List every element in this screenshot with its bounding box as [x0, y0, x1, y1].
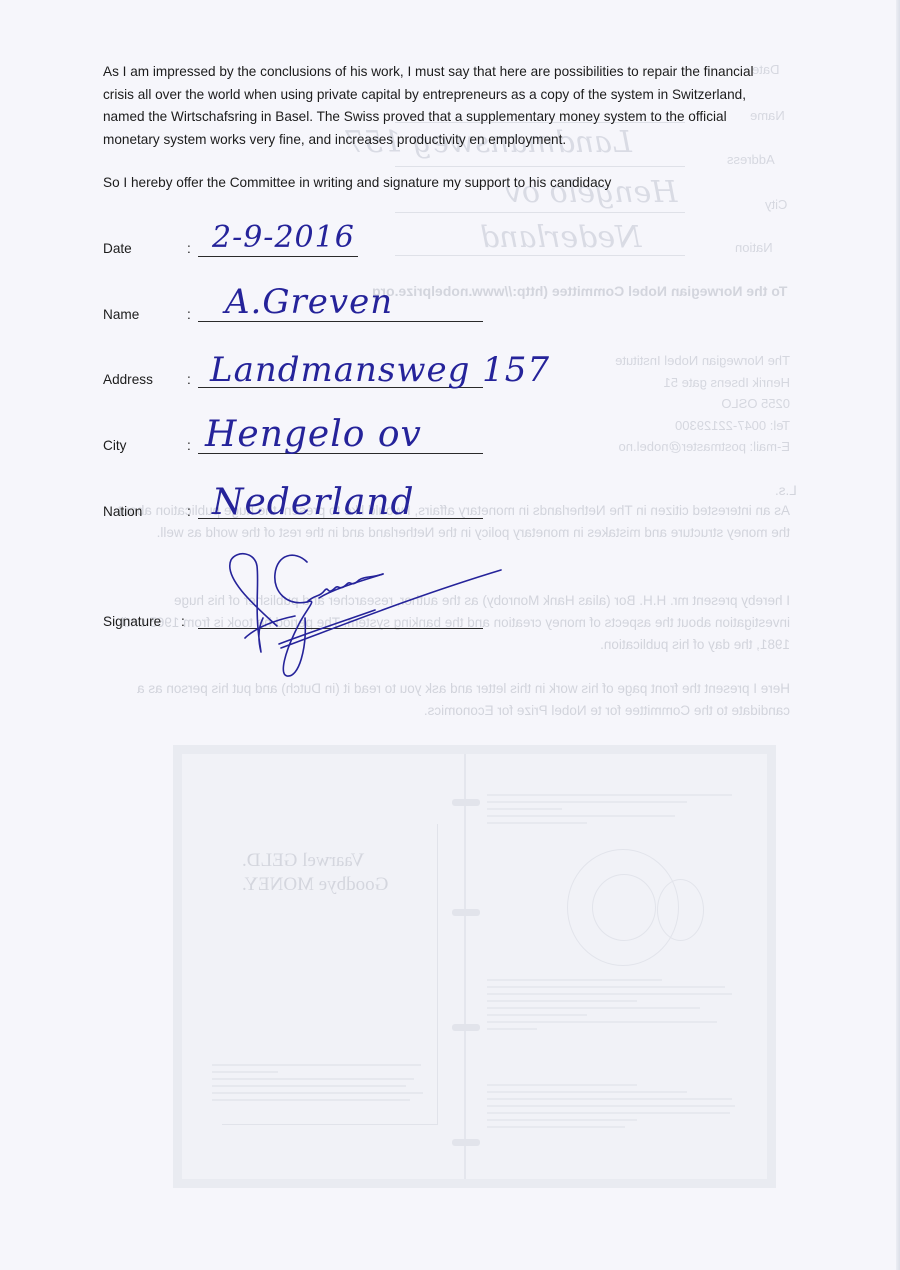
ghost-heading: To the Norwegian Nobel Committee (http:/…: [372, 283, 787, 299]
scanned-letter-page: Date Name Address City Nation Landmanswe…: [0, 0, 900, 1270]
ghost-paragraph: Here I present the front page of his wor…: [115, 678, 790, 722]
ghost-spine-mark: [452, 1139, 480, 1146]
ghost-book-title: Vaarwel GELD. Goodbye MONEY.: [242, 849, 427, 897]
date-colon: :: [187, 241, 191, 256]
ghost-book-cover-image: Vaarwel GELD. Goodbye MONEY.: [173, 745, 776, 1188]
address-label: Address: [103, 372, 153, 387]
name-label: Name: [103, 307, 139, 322]
ghost-label-city: City: [765, 197, 787, 212]
signature-colon: :: [181, 614, 185, 629]
city-colon: :: [187, 438, 191, 453]
ghost-spine-mark: [452, 1024, 480, 1031]
ghost-address-line: The Norwegian Nobel Institute: [575, 350, 790, 372]
ghost-line: [395, 166, 685, 167]
ghost-diagram-circle: [657, 879, 704, 941]
page-edge-shadow: [896, 0, 900, 1270]
nation-colon: :: [187, 504, 191, 519]
ghost-book-text-lines: [487, 1084, 737, 1133]
name-colon: :: [187, 307, 191, 322]
ghost-address-block: The Norwegian Nobel Institute Henrik Ibs…: [575, 350, 790, 458]
ghost-spine-mark: [452, 909, 480, 916]
signature-label: Signature: [103, 614, 161, 629]
ghost-address-line: Henrik Ibsens gate 51: [575, 372, 790, 394]
ghost-line: [395, 212, 685, 213]
city-handwritten-value: Hengelo ov: [205, 414, 422, 455]
ghost-address-line: E-mail: postmaster@nobel.no: [575, 436, 790, 458]
ghost-diagram-circle: [592, 874, 656, 941]
ghost-address-line: Tel: 0047-22129300: [575, 415, 790, 437]
ghost-spine-mark: [452, 799, 480, 806]
handwritten-signature: [215, 548, 505, 678]
ghost-salutation: L.s.: [775, 480, 797, 502]
date-field-line: [198, 256, 358, 257]
ghost-book-title-line: Goodbye MONEY.: [242, 873, 427, 897]
ghost-address-line: 0255 OSLO: [575, 393, 790, 415]
date-label: Date: [103, 241, 132, 256]
ghost-book-spine: [464, 754, 466, 1179]
date-handwritten-value: 2-9-2016: [212, 220, 355, 255]
ghost-book-title-line: Vaarwel GELD.: [242, 849, 427, 873]
body-paragraph: As I am impressed by the conclusions of …: [103, 61, 783, 151]
address-colon: :: [187, 372, 191, 387]
ghost-label-address: Address: [727, 152, 775, 167]
nation-label: Nation: [103, 504, 142, 519]
ghost-book-text-lines: [487, 979, 737, 1035]
support-statement: So I hereby offer the Committee in writi…: [103, 172, 783, 195]
ghost-book-text-lines: [487, 794, 737, 829]
city-label: City: [103, 438, 126, 453]
ghost-label-nation: Nation: [735, 240, 773, 255]
ghost-line: [395, 255, 685, 256]
name-handwritten-value: A.Greven: [225, 282, 393, 322]
ghost-handwriting-nation: Nederland: [480, 220, 641, 255]
address-handwritten-value: Landmansweg 157: [210, 350, 550, 390]
ghost-book-text-lines: [212, 1064, 432, 1106]
nation-handwritten-value: Nederland: [212, 482, 415, 523]
